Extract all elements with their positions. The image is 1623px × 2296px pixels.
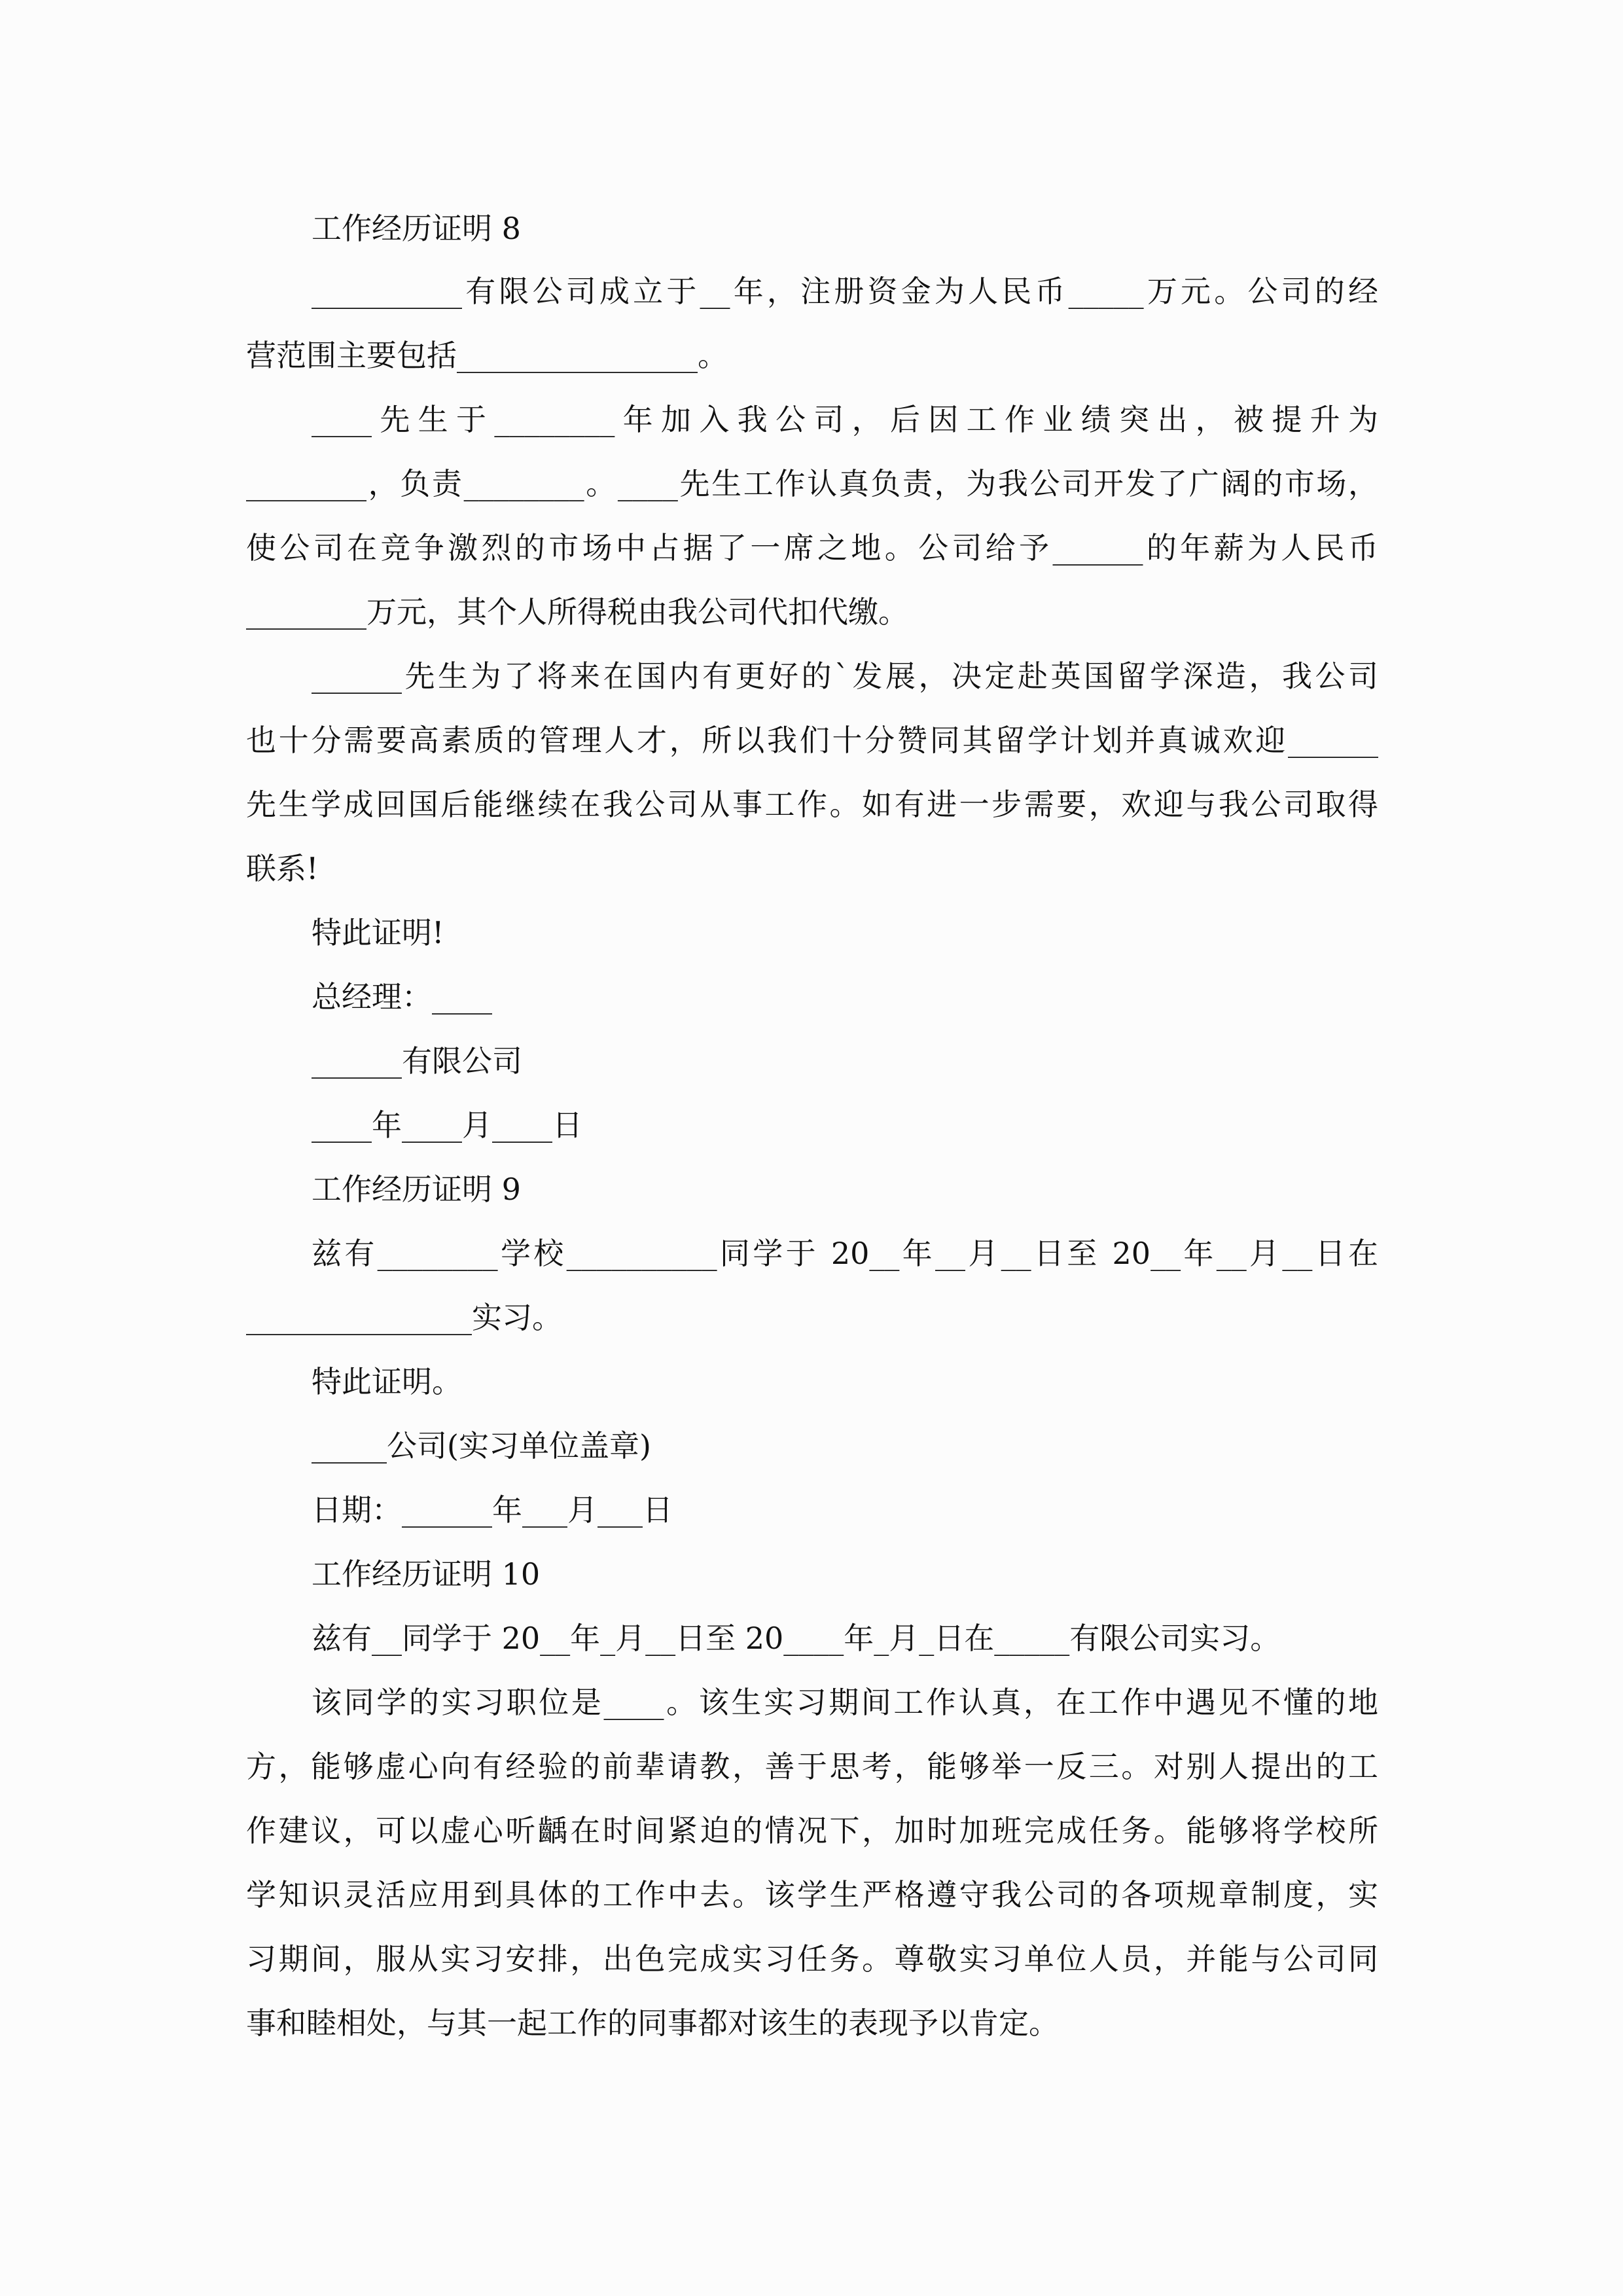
cert9-p1-line2: _______________实习。 <box>246 1285 562 1350</box>
cert9-title: 工作经历证明 9 <box>312 1157 521 1221</box>
cert10-p2-line3: 作建议，可以虚心听齲在时间紧迫的情况下，加时加班完成任务。能够将学校所 <box>246 1799 1378 1863</box>
cert8-p1-line1: __________有限公司成立于__年，注册资金为人民币_____万元。公司的… <box>312 259 1378 323</box>
cert8-date: ____年____月____日 <box>312 1093 582 1157</box>
cert8-p2-line3: 使公司在竞争激烈的市场中占据了一席之地。公司给予______的年薪为人民币 <box>246 516 1378 580</box>
cert10-p2-line2: 方，能够虚心向有经验的前辈请教，善于思考，能够举一反三。对别人提出的工 <box>246 1734 1378 1799</box>
cert10-title: 工作经历证明 10 <box>312 1542 540 1606</box>
cert9-date: 日期：______年___月___日 <box>312 1478 673 1542</box>
cert8-p1-line2: 营范围主要包括________________。 <box>246 323 728 387</box>
cert8-title: 工作经历证明 8 <box>312 196 521 260</box>
cert10-p2-line1: 该同学的实习职位是____。该生实习期间工作认真，在工作中遇见不懂的地 <box>312 1670 1378 1734</box>
cert8-company-name: ______有限公司 <box>312 1029 522 1093</box>
cert9-closing: 特此证明。 <box>312 1350 462 1414</box>
cert10-p2-line4: 学知识灵活应用到具体的工作中去。该学生严格遵守我公司的各项规章制度，实 <box>246 1863 1378 1927</box>
cert8-p3-line4: 联系! <box>246 836 319 901</box>
cert9-company-seal: _____公司(实习单位盖章) <box>312 1414 651 1478</box>
cert8-closing: 特此证明! <box>312 901 444 965</box>
cert8-p2-line2: ________，负责________。____先生工作认真负责，为我公司开发了… <box>246 452 1378 516</box>
cert8-p3-line1: ______先生为了将来在国内有更好的`发展，决定赴英国留学深造，我公司 <box>312 644 1378 708</box>
cert8-p3-line2: 也十分需要高素质的管理人才，所以我们十分赞同其留学计划并真诚欢迎______ <box>246 708 1378 772</box>
cert10-p2-line5: 习期间，服从实习安排，出色完成实习任务。尊敬实习单位人员，并能与公司同 <box>246 1927 1378 1991</box>
cert8-p2-line4: ________万元，其个人所得税由我公司代扣代缴。 <box>246 580 908 644</box>
cert10-p2-line6: 事和睦相处，与其一起工作的同事都对该生的表现予以肯定。 <box>246 1991 1059 2055</box>
cert8-p2-line1: ____先生于________年加入我公司，后因工作业绩突出，被提升为 <box>312 387 1378 452</box>
cert8-p3-line3: 先生学成回国后能继续在我公司从事工作。如有进一步需要，欢迎与我公司取得 <box>246 772 1378 836</box>
cert8-manager-signature: 总经理：____ <box>312 965 492 1029</box>
cert9-p1-line1: 兹有________学校__________同学于 20__年__月__日至 2… <box>312 1221 1378 1285</box>
cert10-p1: 兹有__同学于 20__年_月__日至 20____年_月_日在_____有限公… <box>312 1606 1280 1670</box>
